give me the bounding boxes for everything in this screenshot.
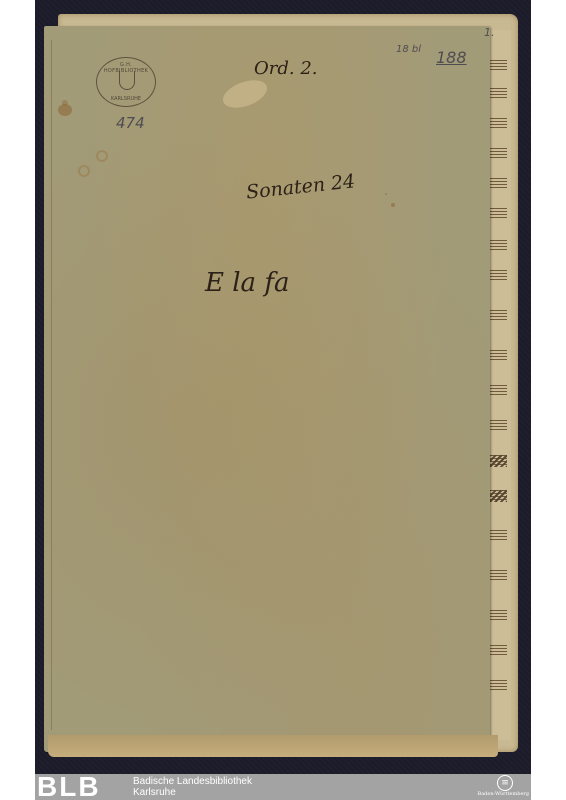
stain bbox=[78, 165, 90, 177]
staff-line bbox=[489, 178, 507, 190]
footer-bar: BLB Badische Landesbibliothek Karlsruhe … bbox=[35, 774, 531, 800]
stain bbox=[62, 100, 68, 106]
library-stamp: G.H. HOFBIBLIOTHEK KARLSRUHE bbox=[96, 57, 156, 107]
staff-line bbox=[489, 88, 507, 100]
stain bbox=[96, 150, 108, 162]
staff-line bbox=[489, 240, 507, 252]
shield-icon bbox=[119, 71, 135, 90]
shelf-number: 474 bbox=[116, 114, 145, 132]
staff-line bbox=[489, 208, 507, 220]
staff-line bbox=[489, 490, 507, 502]
staff-line bbox=[489, 420, 507, 432]
staff-line bbox=[489, 645, 507, 657]
staff-line bbox=[489, 455, 507, 467]
staff-line bbox=[489, 570, 507, 582]
music-manuscript-edge bbox=[487, 30, 511, 740]
manuscript-cover bbox=[44, 26, 490, 752]
staff-line bbox=[489, 148, 507, 160]
staff-line bbox=[489, 118, 507, 130]
library-name-line1: Badische Landesbibliothek bbox=[133, 776, 252, 787]
staff-line bbox=[489, 310, 507, 322]
key-text: E la fa bbox=[205, 268, 289, 298]
catalog-number: 188 bbox=[436, 48, 467, 67]
staff-line bbox=[489, 530, 507, 542]
staff-line bbox=[489, 270, 507, 282]
sheet-number: 1. bbox=[484, 26, 495, 39]
emblem-label: Baden-Württemberg bbox=[478, 791, 529, 797]
header-label: Ord. 2. bbox=[254, 58, 318, 79]
staff-line bbox=[489, 680, 507, 692]
stamp-bottom-text: KARLSRUHE bbox=[97, 96, 155, 102]
blb-logo: BLB bbox=[37, 774, 101, 800]
staff-line bbox=[489, 350, 507, 362]
library-name-line2: Karlsruhe bbox=[133, 787, 252, 798]
baden-wuerttemberg-emblem-icon: ≡ bbox=[497, 775, 513, 791]
staff-line bbox=[489, 385, 507, 397]
stain bbox=[391, 203, 395, 207]
spine-fold bbox=[51, 40, 52, 730]
cover-bottom-edge bbox=[48, 735, 498, 757]
stain bbox=[385, 193, 387, 195]
leaf-count: 18 bl bbox=[396, 44, 421, 55]
library-name: Badische Landesbibliothek Karlsruhe bbox=[133, 776, 252, 798]
staff-line bbox=[489, 60, 507, 72]
staff-line bbox=[489, 610, 507, 622]
